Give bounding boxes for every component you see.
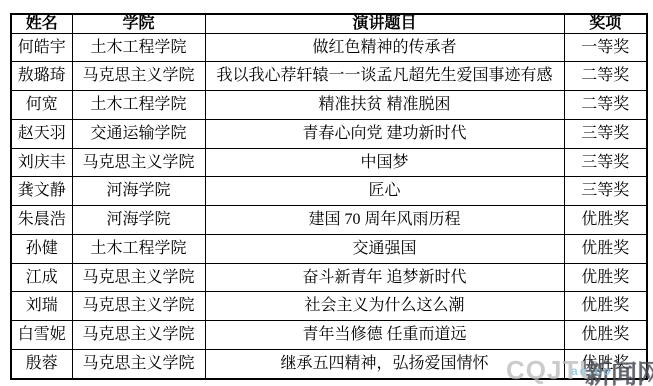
table-cell-name: 何皓宇 xyxy=(11,33,72,62)
table-cell-topic: 青年当修德 任重而道远 xyxy=(205,321,564,350)
table-cell-college: 马克思主义学院 xyxy=(72,62,205,91)
table-cell-college: 土木工程学院 xyxy=(72,33,205,62)
table-cell-name: 孙健 xyxy=(11,234,72,263)
table-cell-name: 刘瑞 xyxy=(11,292,72,321)
table-row: 刘庆丰马克思主义学院中国梦三等奖 xyxy=(11,148,647,177)
table-cell-award: 优胜奖 xyxy=(564,263,647,292)
table-cell-award: 优胜奖 xyxy=(564,234,647,263)
table-cell-name: 殷蓉 xyxy=(11,349,72,379)
table-cell-college: 土木工程学院 xyxy=(72,234,205,263)
table-cell-award: 三等奖 xyxy=(564,148,647,177)
table-cell-college: 河海学院 xyxy=(72,206,205,235)
table-cell-name: 赵天羽 xyxy=(11,119,72,148)
table-row: 刘瑞马克思主义学院社会主义为什么这么潮优胜奖 xyxy=(11,292,647,321)
table-cell-name: 白雪妮 xyxy=(11,321,72,350)
table-cell-award: 二等奖 xyxy=(564,62,647,91)
table-cell-college: 土木工程学院 xyxy=(72,91,205,120)
table-body: 何皓宇土木工程学院做红色精神的传承者一等奖敖璐琦马克思主义学院我以我心荐轩辕一一… xyxy=(11,33,647,379)
table-cell-topic: 做红色精神的传承者 xyxy=(205,33,564,62)
table-cell-award: 优胜奖 xyxy=(564,349,647,379)
table-header-row: 姓名学院演讲题目奖项 xyxy=(11,14,647,33)
table-cell-college: 河海学院 xyxy=(72,177,205,206)
table-cell-award: 优胜奖 xyxy=(564,292,647,321)
column-header-1: 学院 xyxy=(72,14,205,33)
table-cell-college: 马克思主义学院 xyxy=(72,349,205,379)
table-row: 殷蓉马克思主义学院继承五四精神，弘扬爱国情怀优胜奖 xyxy=(11,349,647,379)
speech-award-table-page: 姓名学院演讲题目奖项 何皓宇土木工程学院做红色精神的传承者一等奖敖璐琦马克思主义… xyxy=(0,0,653,386)
table-cell-topic: 中国梦 xyxy=(205,148,564,177)
table-cell-name: 何宽 xyxy=(11,91,72,120)
table-cell-topic: 精准扶贫 精准脱困 xyxy=(205,91,564,120)
table-row: 孙健土木工程学院交通强国优胜奖 xyxy=(11,234,647,263)
table-cell-name: 龚文静 xyxy=(11,177,72,206)
table-cell-topic: 交通强国 xyxy=(205,234,564,263)
table-cell-topic: 建国 70 周年风雨历程 xyxy=(205,206,564,235)
table-row: 何宽土木工程学院精准扶贫 精准脱困二等奖 xyxy=(11,91,647,120)
table-cell-name: 敖璐琦 xyxy=(11,62,72,91)
column-header-2: 演讲题目 xyxy=(205,14,564,33)
table-row: 白雪妮马克思主义学院青年当修德 任重而道远优胜奖 xyxy=(11,321,647,350)
table-cell-college: 马克思主义学院 xyxy=(72,148,205,177)
table-cell-college: 马克思主义学院 xyxy=(72,263,205,292)
table-cell-award: 一等奖 xyxy=(564,33,647,62)
table-cell-topic: 青春心向党 建功新时代 xyxy=(205,119,564,148)
table-cell-award: 三等奖 xyxy=(564,119,647,148)
table-cell-topic: 社会主义为什么这么潮 xyxy=(205,292,564,321)
speech-awards-table: 姓名学院演讲题目奖项 何皓宇土木工程学院做红色精神的传承者一等奖敖璐琦马克思主义… xyxy=(10,13,648,380)
column-header-3: 奖项 xyxy=(564,14,647,33)
table-cell-award: 二等奖 xyxy=(564,91,647,120)
table-cell-college: 交通运输学院 xyxy=(72,119,205,148)
table-cell-topic: 我以我心荐轩辕一一谈孟凡超先生爱国事迹有感 xyxy=(205,62,564,91)
column-header-0: 姓名 xyxy=(11,14,72,33)
table-cell-award: 优胜奖 xyxy=(564,206,647,235)
table-cell-topic: 奋斗新青年 追梦新时代 xyxy=(205,263,564,292)
table-row: 敖璐琦马克思主义学院我以我心荐轩辕一一谈孟凡超先生爱国事迹有感二等奖 xyxy=(11,62,647,91)
table-row: 赵天羽交通运输学院青春心向党 建功新时代三等奖 xyxy=(11,119,647,148)
table-row: 何皓宇土木工程学院做红色精神的传承者一等奖 xyxy=(11,33,647,62)
table-cell-award: 优胜奖 xyxy=(564,321,647,350)
table-row: 朱晨浩河海学院建国 70 周年风雨历程优胜奖 xyxy=(11,206,647,235)
table-cell-topic: 匠心 xyxy=(205,177,564,206)
table-cell-college: 马克思主义学院 xyxy=(72,292,205,321)
table-cell-college: 马克思主义学院 xyxy=(72,321,205,350)
table-cell-name: 江成 xyxy=(11,263,72,292)
table-cell-award: 三等奖 xyxy=(564,177,647,206)
table-cell-name: 刘庆丰 xyxy=(11,148,72,177)
table-cell-name: 朱晨浩 xyxy=(11,206,72,235)
table-row: 江成马克思主义学院奋斗新青年 追梦新时代优胜奖 xyxy=(11,263,647,292)
table-row: 龚文静河海学院匠心三等奖 xyxy=(11,177,647,206)
table-cell-topic: 继承五四精神，弘扬爱国情怀 xyxy=(205,349,564,379)
